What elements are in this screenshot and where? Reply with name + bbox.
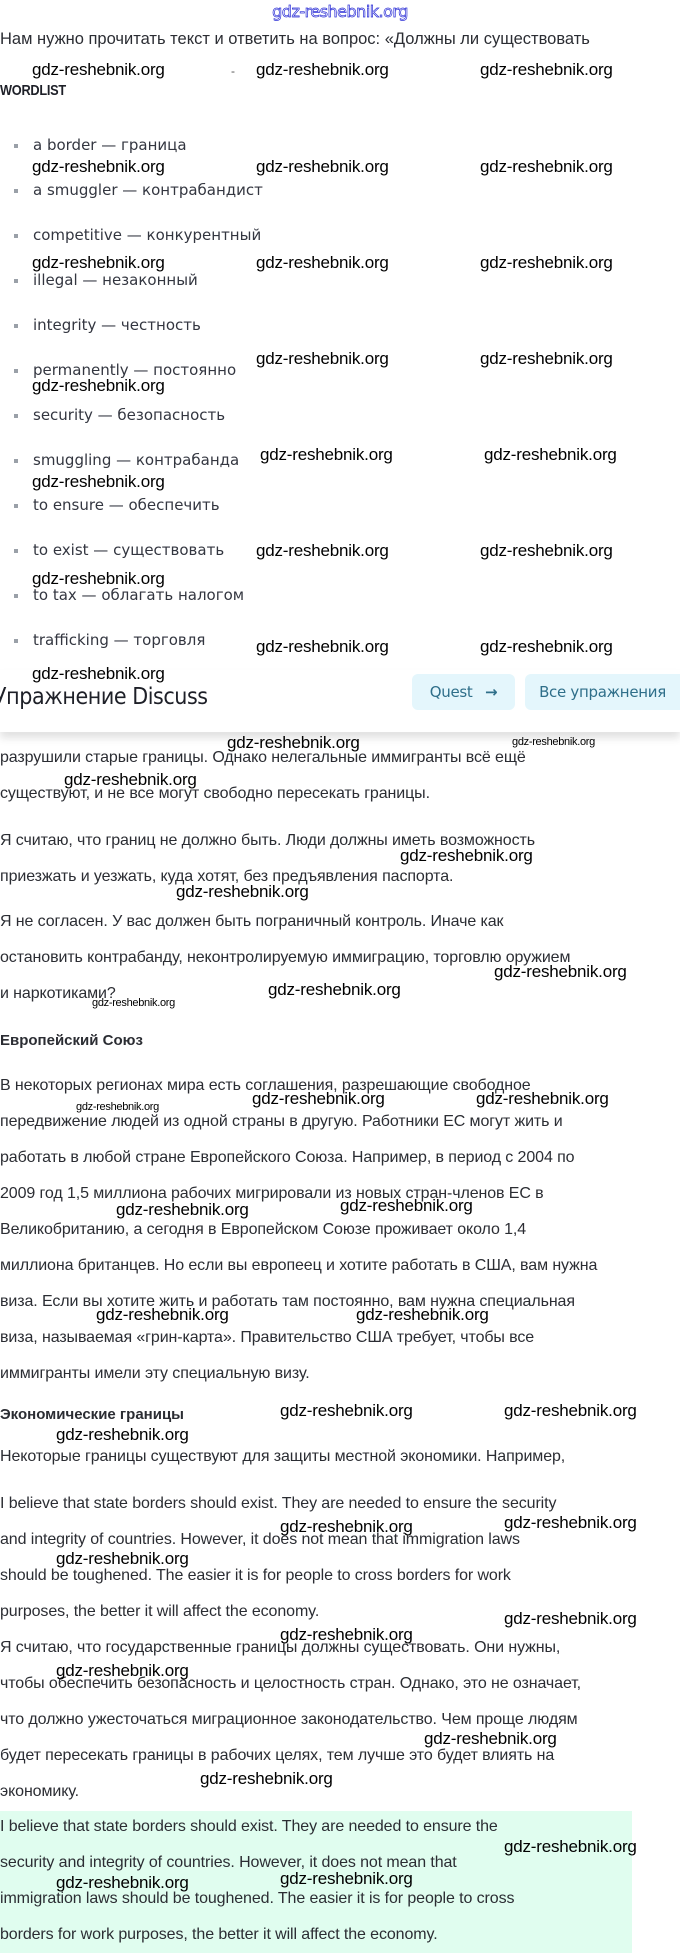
answer-ru-line: будет пересекать границы в рабочих целях… [0, 1747, 554, 1765]
watermark: gdz-reshebnik.org [56, 1873, 189, 1893]
wordlist-item: trafficking — торговля [14, 631, 205, 649]
wordlist-item: integrity — честность [14, 316, 201, 334]
wordlist-item: a border — граница [14, 136, 187, 154]
arrow-right-icon: → [485, 683, 497, 701]
watermark: gdz-reshebnik.org [116, 1200, 249, 1220]
wordlist-title: WORDLIST [0, 82, 66, 99]
answer-ru-line: экономику. [0, 1783, 79, 1801]
watermark: gdz-reshebnik.org [32, 253, 165, 273]
watermark: gdz-reshebnik.org [484, 445, 617, 465]
answer-ru-line: что должно ужесточаться миграционное зак… [0, 1711, 578, 1729]
watermark: gdz-reshebnik.org [280, 1625, 413, 1645]
watermark: gdz-reshebnik.org [96, 1305, 229, 1325]
watermark: gdz-reshebnik.org [504, 1513, 637, 1533]
watermark: gdz-reshebnik.org [476, 1089, 609, 1109]
bullet-icon [14, 279, 18, 283]
watermark: gdz-reshebnik.org [504, 1401, 637, 1421]
wordlist-item: smuggling — контрабанда [14, 451, 239, 469]
paragraph-line: виза, называемая «грин-карта». Правитель… [0, 1329, 534, 1347]
watermark: gdz-reshebnik.org [256, 637, 389, 657]
watermark: gdz-reshebnik.org [256, 349, 389, 369]
word-label: smuggling — контрабанда [33, 451, 239, 469]
bullet-icon [14, 369, 18, 373]
intro-dash: - [231, 64, 235, 78]
bullet-icon [14, 459, 18, 463]
watermark: gdz-reshebnik.org [252, 1089, 385, 1109]
watermark: gdz-reshebnik.org [504, 1837, 637, 1857]
word-label: to exist — существовать [33, 541, 224, 559]
watermark: gdz-reshebnik.org [32, 60, 165, 80]
watermark: gdz-reshebnik.org [504, 1609, 637, 1629]
bullet-icon [14, 234, 18, 238]
watermark: gdz-reshebnik.org [480, 349, 613, 369]
wordlist-item: illegal — незаконный [14, 271, 198, 289]
watermark: gdz-reshebnik.org [32, 569, 165, 589]
paragraph-line: миллиона британцев. Но если вы европеец … [0, 1257, 597, 1275]
quest-button[interactable]: Quest → [412, 674, 515, 710]
watermark: gdz-reshebnik.org [512, 736, 595, 748]
watermark: gdz-reshebnik.org [56, 1425, 189, 1445]
watermark: gdz-reshebnik.org [256, 157, 389, 177]
paragraph-line: передвижение людей из одной страны в дру… [0, 1113, 563, 1131]
watermark: gdz-reshebnik.org [256, 253, 389, 273]
word-label: security — безопасность [33, 406, 225, 424]
word-label: trafficking — торговля [33, 631, 205, 649]
watermark: gdz-reshebnik.org [480, 60, 613, 80]
word-label: competitive — конкурентный [33, 226, 261, 244]
wordlist-item: to exist — существовать [14, 541, 224, 559]
site-watermark-top: gdz-reshebnik.org [0, 0, 680, 24]
watermark: gdz-reshebnik.org [268, 980, 401, 1000]
watermark: gdz-reshebnik.org [424, 1729, 557, 1749]
wordlist-item: competitive — конкурентный [14, 226, 261, 244]
bullet-icon [14, 549, 18, 553]
watermark: gdz-reshebnik.org [32, 664, 165, 684]
wordlist-item: a smuggler — контрабандист [14, 181, 263, 199]
watermark: gdz-reshebnik.org [32, 472, 165, 492]
word-label: to ensure — обеспечить [33, 496, 220, 514]
answer-en-line: should be toughened. The easier it is fo… [0, 1567, 511, 1585]
bullet-icon [14, 324, 18, 328]
watermark: gdz-reshebnik.org [340, 1196, 473, 1216]
watermark: gdz-reshebnik.org [176, 882, 309, 902]
watermark: gdz-reshebnik.org [32, 157, 165, 177]
wordlist-item: security — безопасность [14, 406, 225, 424]
wordlist-item: to ensure — обеспечить [14, 496, 220, 514]
section-heading-eu: Европейский Союз [0, 1032, 143, 1049]
answer-en-line: and integrity of countries. However, it … [0, 1531, 520, 1549]
word-label: a border — граница [33, 136, 187, 154]
exercise-title: Упражнение Discuss [0, 684, 208, 710]
answer-en-line: purposes, the better it will affect the … [0, 1603, 319, 1621]
watermark: gdz-reshebnik.org [480, 253, 613, 273]
bullet-icon [14, 594, 18, 598]
answer-box-line: borders for work purposes, the better it… [0, 1926, 438, 1944]
watermark: gdz-reshebnik.org [256, 541, 389, 561]
watermark: gdz-reshebnik.org [32, 376, 165, 396]
paragraph-line: Я не согласен. У вас должен быть пограни… [0, 913, 503, 931]
paragraph-line: Великобританию, а сегодня в Европейском … [0, 1221, 526, 1239]
section-heading-economic: Экономические границы [0, 1406, 184, 1423]
bullet-icon [14, 189, 18, 193]
watermark: gdz-reshebnik.org [280, 1869, 413, 1889]
bullet-icon [14, 639, 18, 643]
all-exercises-button[interactable]: Все упражнения [525, 674, 680, 710]
watermark: gdz-reshebnik.org [280, 1517, 413, 1537]
answer-en-line: I believe that state borders should exis… [0, 1495, 556, 1513]
watermark: gdz-reshebnik.org [356, 1305, 489, 1325]
watermark: gdz-reshebnik.org [227, 733, 360, 753]
watermark: gdz-reshebnik.org [260, 445, 393, 465]
intro-text: Нам нужно прочитать текст и ответить на … [0, 30, 590, 49]
watermark: gdz-reshebnik.org [56, 1661, 189, 1681]
watermark: gdz-reshebnik.org [400, 846, 533, 866]
paragraph-line: Некоторые границы существуют для защиты … [0, 1448, 565, 1466]
paragraph-line: остановить контрабанду, неконтролируемую… [0, 949, 570, 967]
all-exercises-label: Все упражнения [539, 683, 666, 701]
bullet-icon [14, 504, 18, 508]
paragraph-line: иммигранты имели эту специальную визу. [0, 1365, 310, 1383]
answer-box-line: I believe that state borders should exis… [0, 1818, 498, 1836]
word-label: integrity — честность [33, 316, 201, 334]
watermark: gdz-reshebnik.org [480, 157, 613, 177]
paragraph-line: работать в любой стране Европейского Сою… [0, 1149, 574, 1167]
quest-button-label: Quest [430, 683, 473, 701]
bullet-icon [14, 414, 18, 418]
bullet-icon [14, 144, 18, 148]
watermark: gdz-reshebnik.org [480, 541, 613, 561]
watermark: gdz-reshebnik.org [76, 1101, 159, 1113]
watermark: gdz-reshebnik.org [92, 997, 175, 1009]
watermark: gdz-reshebnik.org [200, 1769, 333, 1789]
word-label: illegal — незаконный [33, 271, 198, 289]
watermark: gdz-reshebnik.org [480, 637, 613, 657]
watermark: gdz-reshebnik.org [280, 1401, 413, 1421]
watermark: gdz-reshebnik.org [494, 962, 627, 982]
watermark: gdz-reshebnik.org [64, 770, 197, 790]
watermark: gdz-reshebnik.org [56, 1549, 189, 1569]
word-label: a smuggler — контрабандист [33, 181, 263, 199]
watermark: gdz-reshebnik.org [256, 60, 389, 80]
